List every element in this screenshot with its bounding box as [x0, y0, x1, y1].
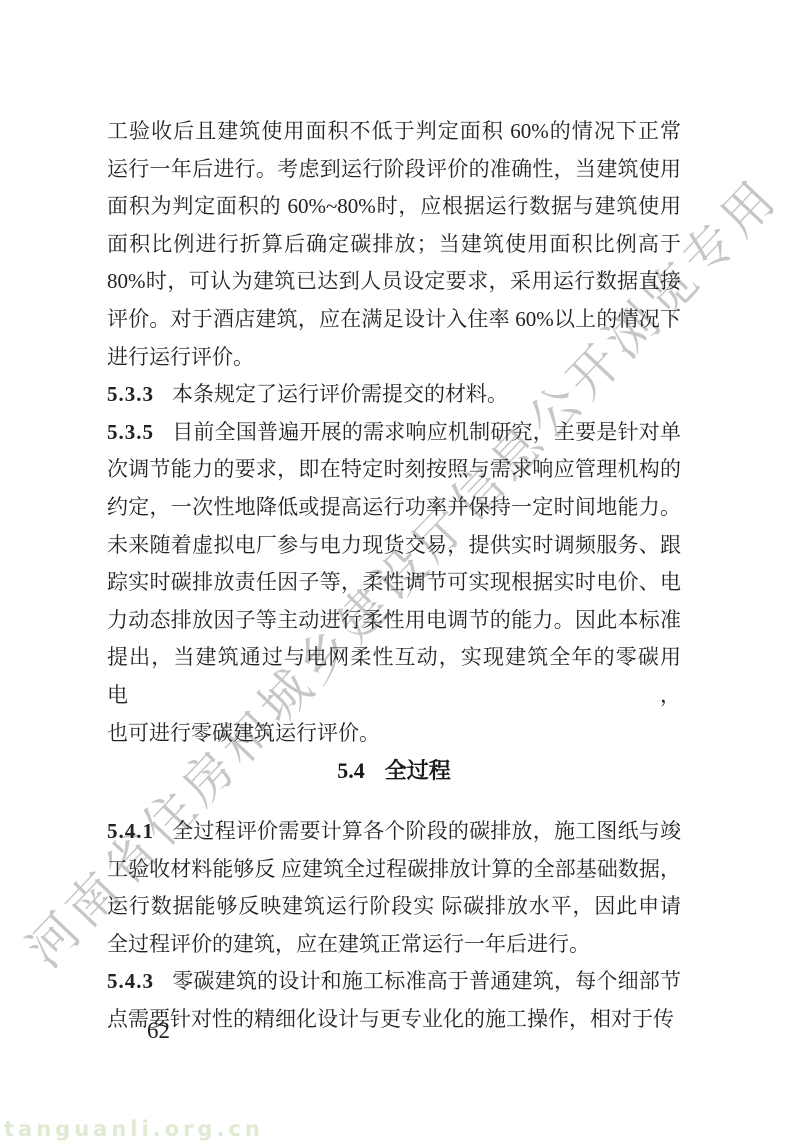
text-line: 5.3.3本条规定了运行评价需提交的材料。 [107, 376, 681, 414]
section-text: 全过程评价需要计算各个阶段的碳排放，施工图纸与竣 [172, 819, 681, 843]
section-number: 5.3.3 [107, 382, 154, 406]
text-line: 运行数据能够反映建筑运行阶段实 际碳排放水平，因此申请 [107, 888, 681, 926]
corner-watermark: tanguanli.org.cn [4, 1117, 264, 1141]
text-line: 工验收材料能够反 应建筑全过程碳排放计算的全部基础数据， [107, 851, 681, 889]
section-number: 5.4.3 [107, 969, 154, 993]
text-line: 力动态排放因子等主动进行柔性用电调节的能力。因此本标准 [107, 602, 681, 640]
text-line: 约定，一次性地降低或提高运行功率并保持一定时间地能力。 [107, 489, 681, 527]
text-line: 点需要针对性的精细化设计与更专业化的施工操作，相对于传 [107, 1001, 681, 1039]
text-line: 全过程评价的建筑，应在建筑正常运行一年后进行。 [107, 926, 681, 964]
heading-title: 全过程 [385, 758, 451, 783]
text-line: 未来随着虚拟电厂参与电力现货交易，提供实时调频服务、跟 [107, 527, 681, 565]
paragraph-5-3-3: 5.3.3本条规定了运行评价需提交的材料。 [107, 376, 681, 414]
text-line: 进行运行评价。 [107, 339, 681, 377]
paragraph-5-3-5: 5.3.5目前全国普遍开展的需求响应机制研究，主要是针对单 次调节能力的要求，即… [107, 414, 681, 752]
section-text: 零碳建筑的设计和施工标准高于普通建筑，每个细部节 [172, 969, 681, 993]
section-text: 本条规定了运行评价需提交的材料。 [172, 382, 508, 406]
text-line: 5.3.5目前全国普遍开展的需求响应机制研究，主要是针对单 [107, 414, 681, 452]
text-line: 次调节能力的要求，即在特定时刻按照与需求响应管理机构的 [107, 451, 681, 489]
page-content: 工验收后且建筑使用面积不低于判定面积 60%的情况下正常 运行一年后进行。考虑到… [107, 113, 681, 1039]
page-number: 62 [147, 1014, 170, 1048]
text-line: 踪实时碳排放责任因子等，柔性调节可实现根据实时电价、电 [107, 564, 681, 602]
text-line: 也可进行零碳建筑运行评价。 [107, 715, 681, 753]
document-page: 河南省住房和城乡建设厅信息公开浏览专用 工验收后且建筑使用面积不低于判定面积 6… [0, 0, 788, 1145]
section-number: 5.3.5 [107, 420, 154, 444]
text-line: 面积比例进行折算后确定碳排放；当建筑使用面积比例高于 [107, 226, 681, 264]
text-line: 工验收后且建筑使用面积不低于判定面积 60%的情况下正常 [107, 113, 681, 151]
text-line: 5.4.1全过程评价需要计算各个阶段的碳排放，施工图纸与竣 [107, 813, 681, 851]
text-line: 评价。对于酒店建筑，应在满足设计入住率 60%以上的情况下 [107, 301, 681, 339]
section-number: 5.4.1 [107, 819, 154, 843]
section-heading: 5.4全过程 [107, 752, 681, 790]
paragraph-5-4-3: 5.4.3零碳建筑的设计和施工标准高于普通建筑，每个细部节 点需要针对性的精细化… [107, 963, 681, 1038]
text-line: 运行一年后进行。考虑到运行阶段评价的准确性，当建筑使用 [107, 151, 681, 189]
heading-number: 5.4 [337, 758, 365, 783]
paragraph-5-4-1: 5.4.1全过程评价需要计算各个阶段的碳排放，施工图纸与竣 工验收材料能够反 应… [107, 813, 681, 963]
section-text: 目前全国普遍开展的需求响应机制研究，主要是针对单 [172, 420, 681, 444]
text-line: 面积为判定面积的 60%~80%时，应根据运行数据与建筑使用 [107, 188, 681, 226]
text-line: 提出，当建筑通过与电网柔性互动，实现建筑全年的零碳用电， [107, 639, 681, 714]
text-line: 5.4.3零碳建筑的设计和施工标准高于普通建筑，每个细部节 [107, 963, 681, 1001]
paragraph-continuation: 工验收后且建筑使用面积不低于判定面积 60%的情况下正常 运行一年后进行。考虑到… [107, 113, 681, 376]
text-line: 80%时，可认为建筑已达到人员设定要求，采用运行数据直接 [107, 263, 681, 301]
